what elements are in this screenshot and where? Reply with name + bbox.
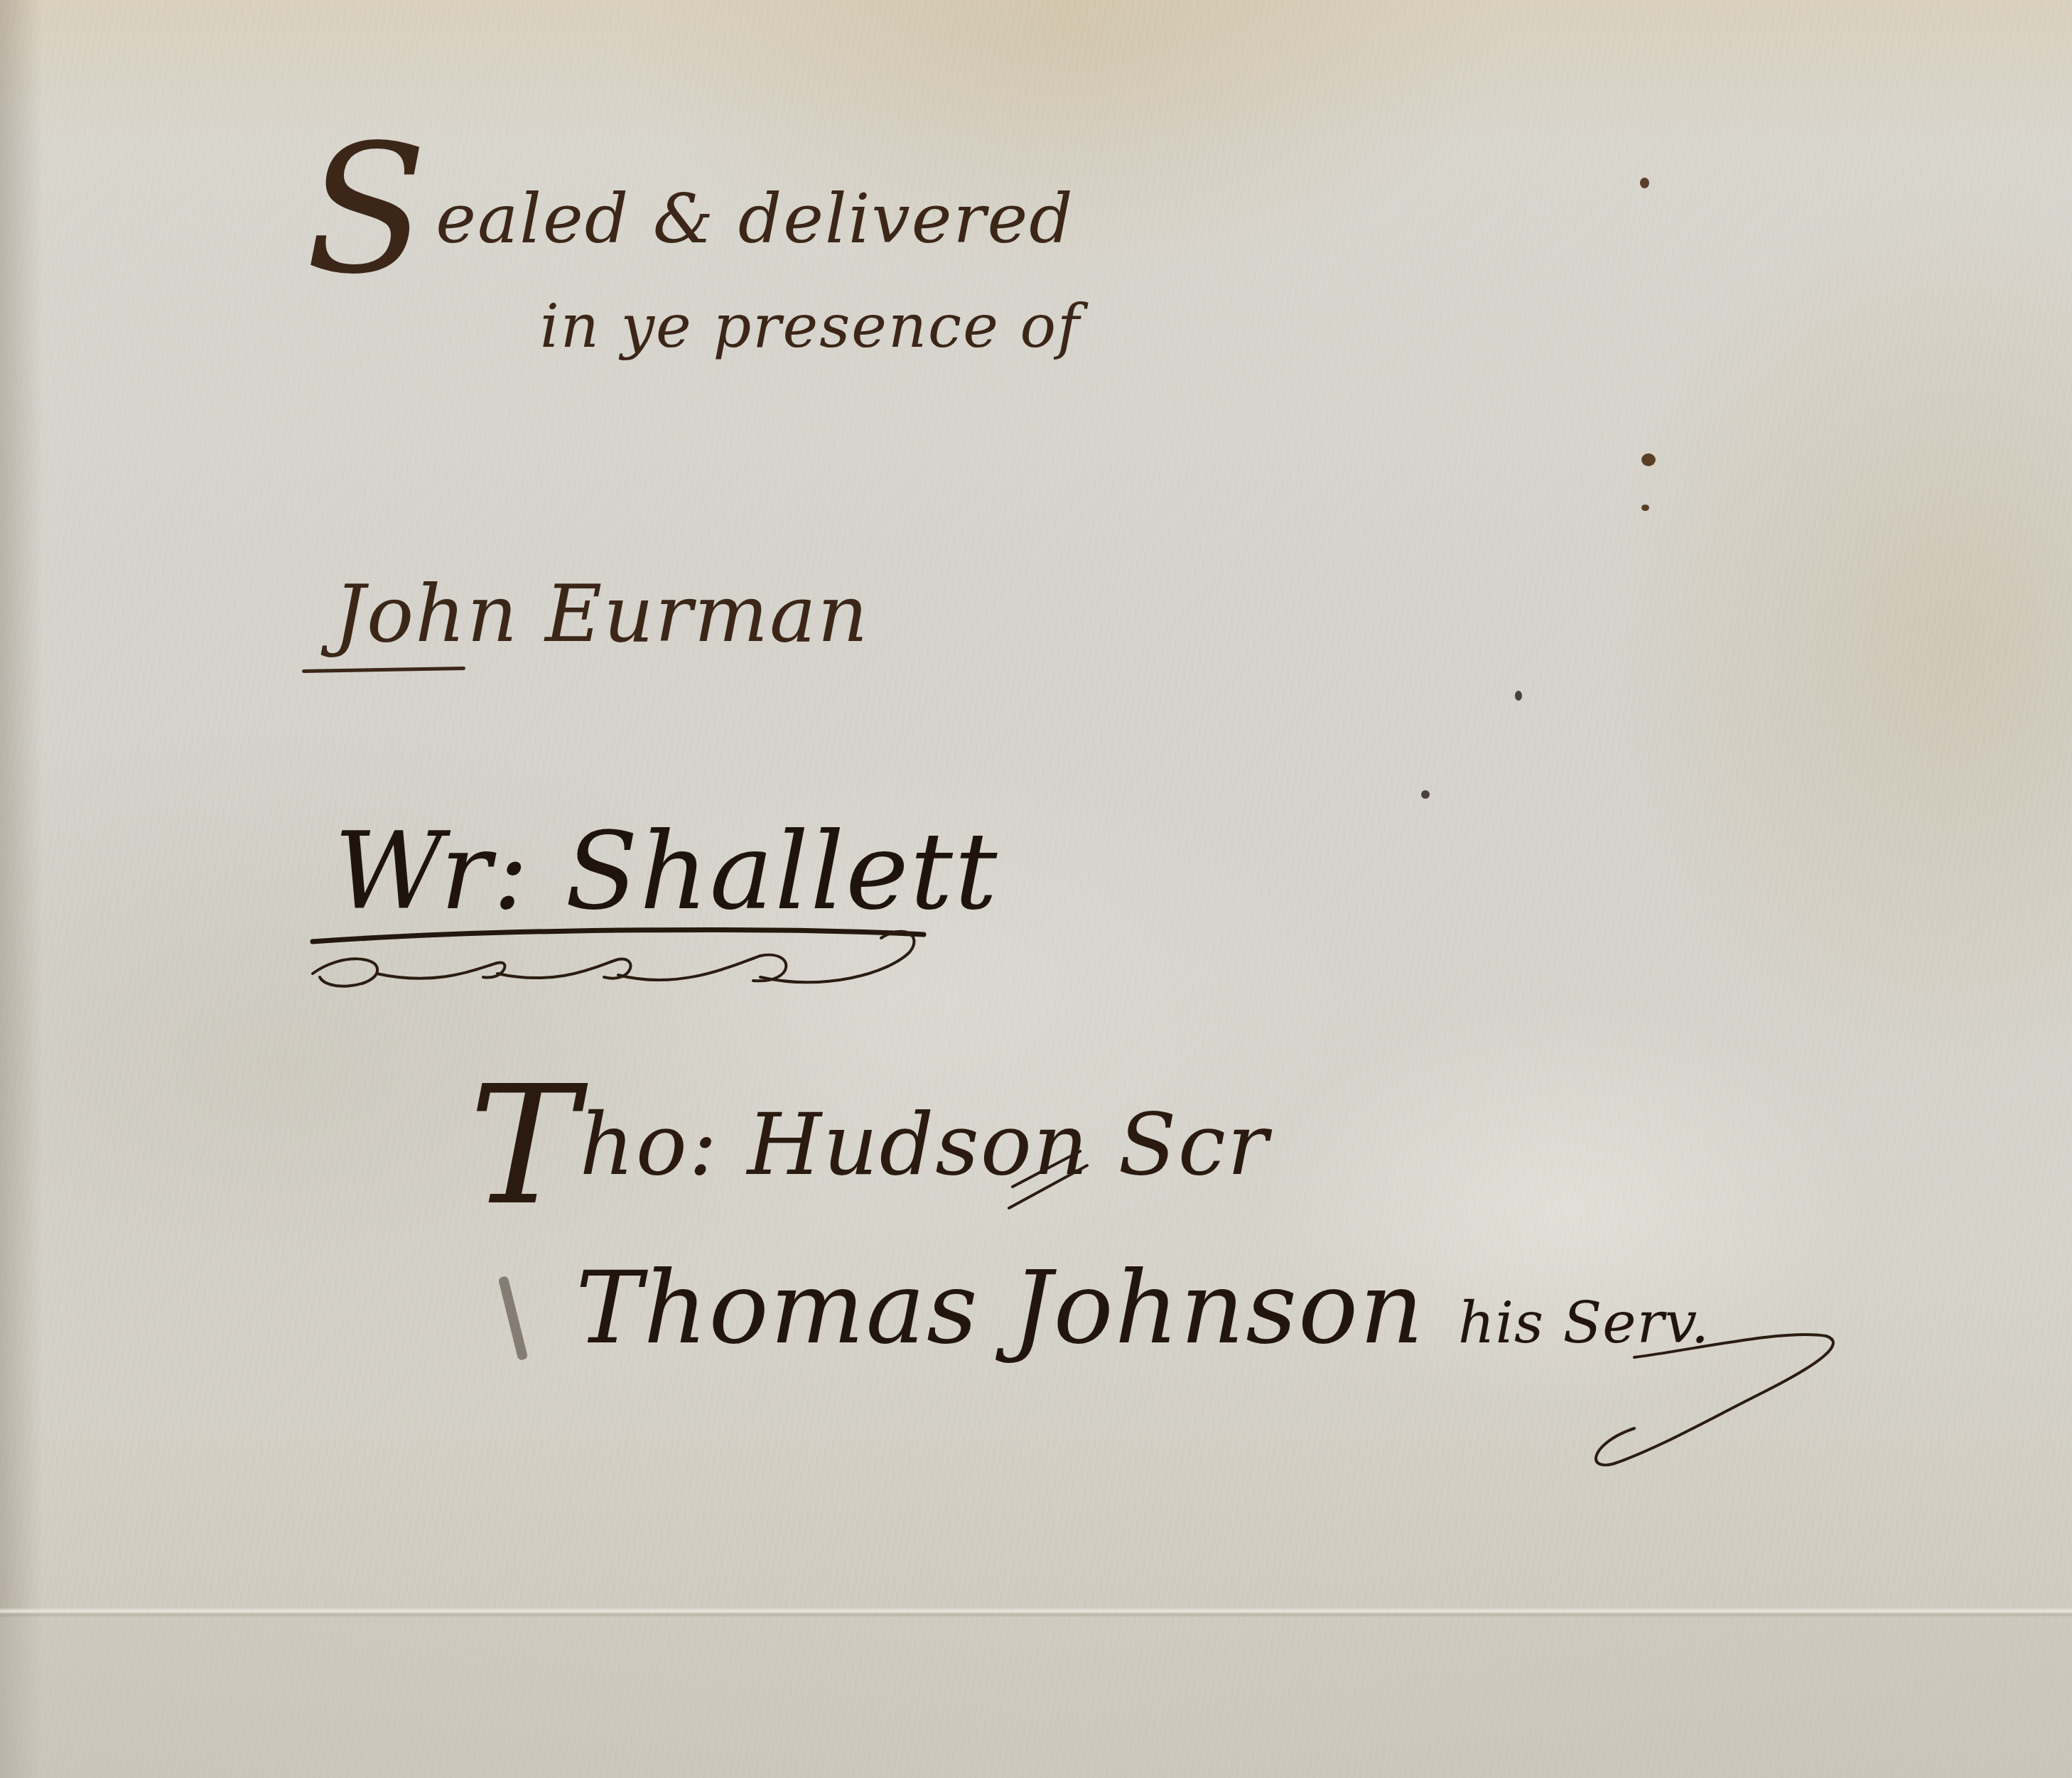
decorated-initial-t: T — [469, 1052, 579, 1241]
attestation-text: ealed & delivered — [436, 179, 1074, 259]
ink-dot — [1640, 178, 1649, 188]
witness-name: Thomas Johnson — [576, 1251, 1425, 1367]
ink-dash-marks — [1002, 1137, 1158, 1215]
signature-underline-flourish — [298, 924, 938, 995]
attestation-line-sealed-delivered: Sealed & delivered — [306, 121, 1074, 298]
witness-name: John Eurman — [334, 569, 869, 659]
ink-dot — [1641, 505, 1649, 511]
fold-crease — [0, 1607, 2072, 1617]
decorated-initial-s: S — [306, 106, 428, 313]
ink-dot — [1421, 790, 1430, 799]
witness-signature-thomas-johnson: Thomas Johnson his Serv. — [576, 1251, 1710, 1367]
lower-folded-panel — [0, 1617, 2072, 1778]
left-edge-shadow — [0, 0, 43, 1778]
attestation-line-presence: in ye presence of — [540, 291, 1081, 361]
witness-signature-shallett: Wr: Shallett — [334, 810, 998, 934]
ink-dot — [1641, 453, 1656, 466]
witness-signature-john-eurman: John Eurman — [334, 569, 869, 659]
ink-dot — [1515, 691, 1522, 701]
signature-tail-flourish — [1549, 1315, 1847, 1471]
